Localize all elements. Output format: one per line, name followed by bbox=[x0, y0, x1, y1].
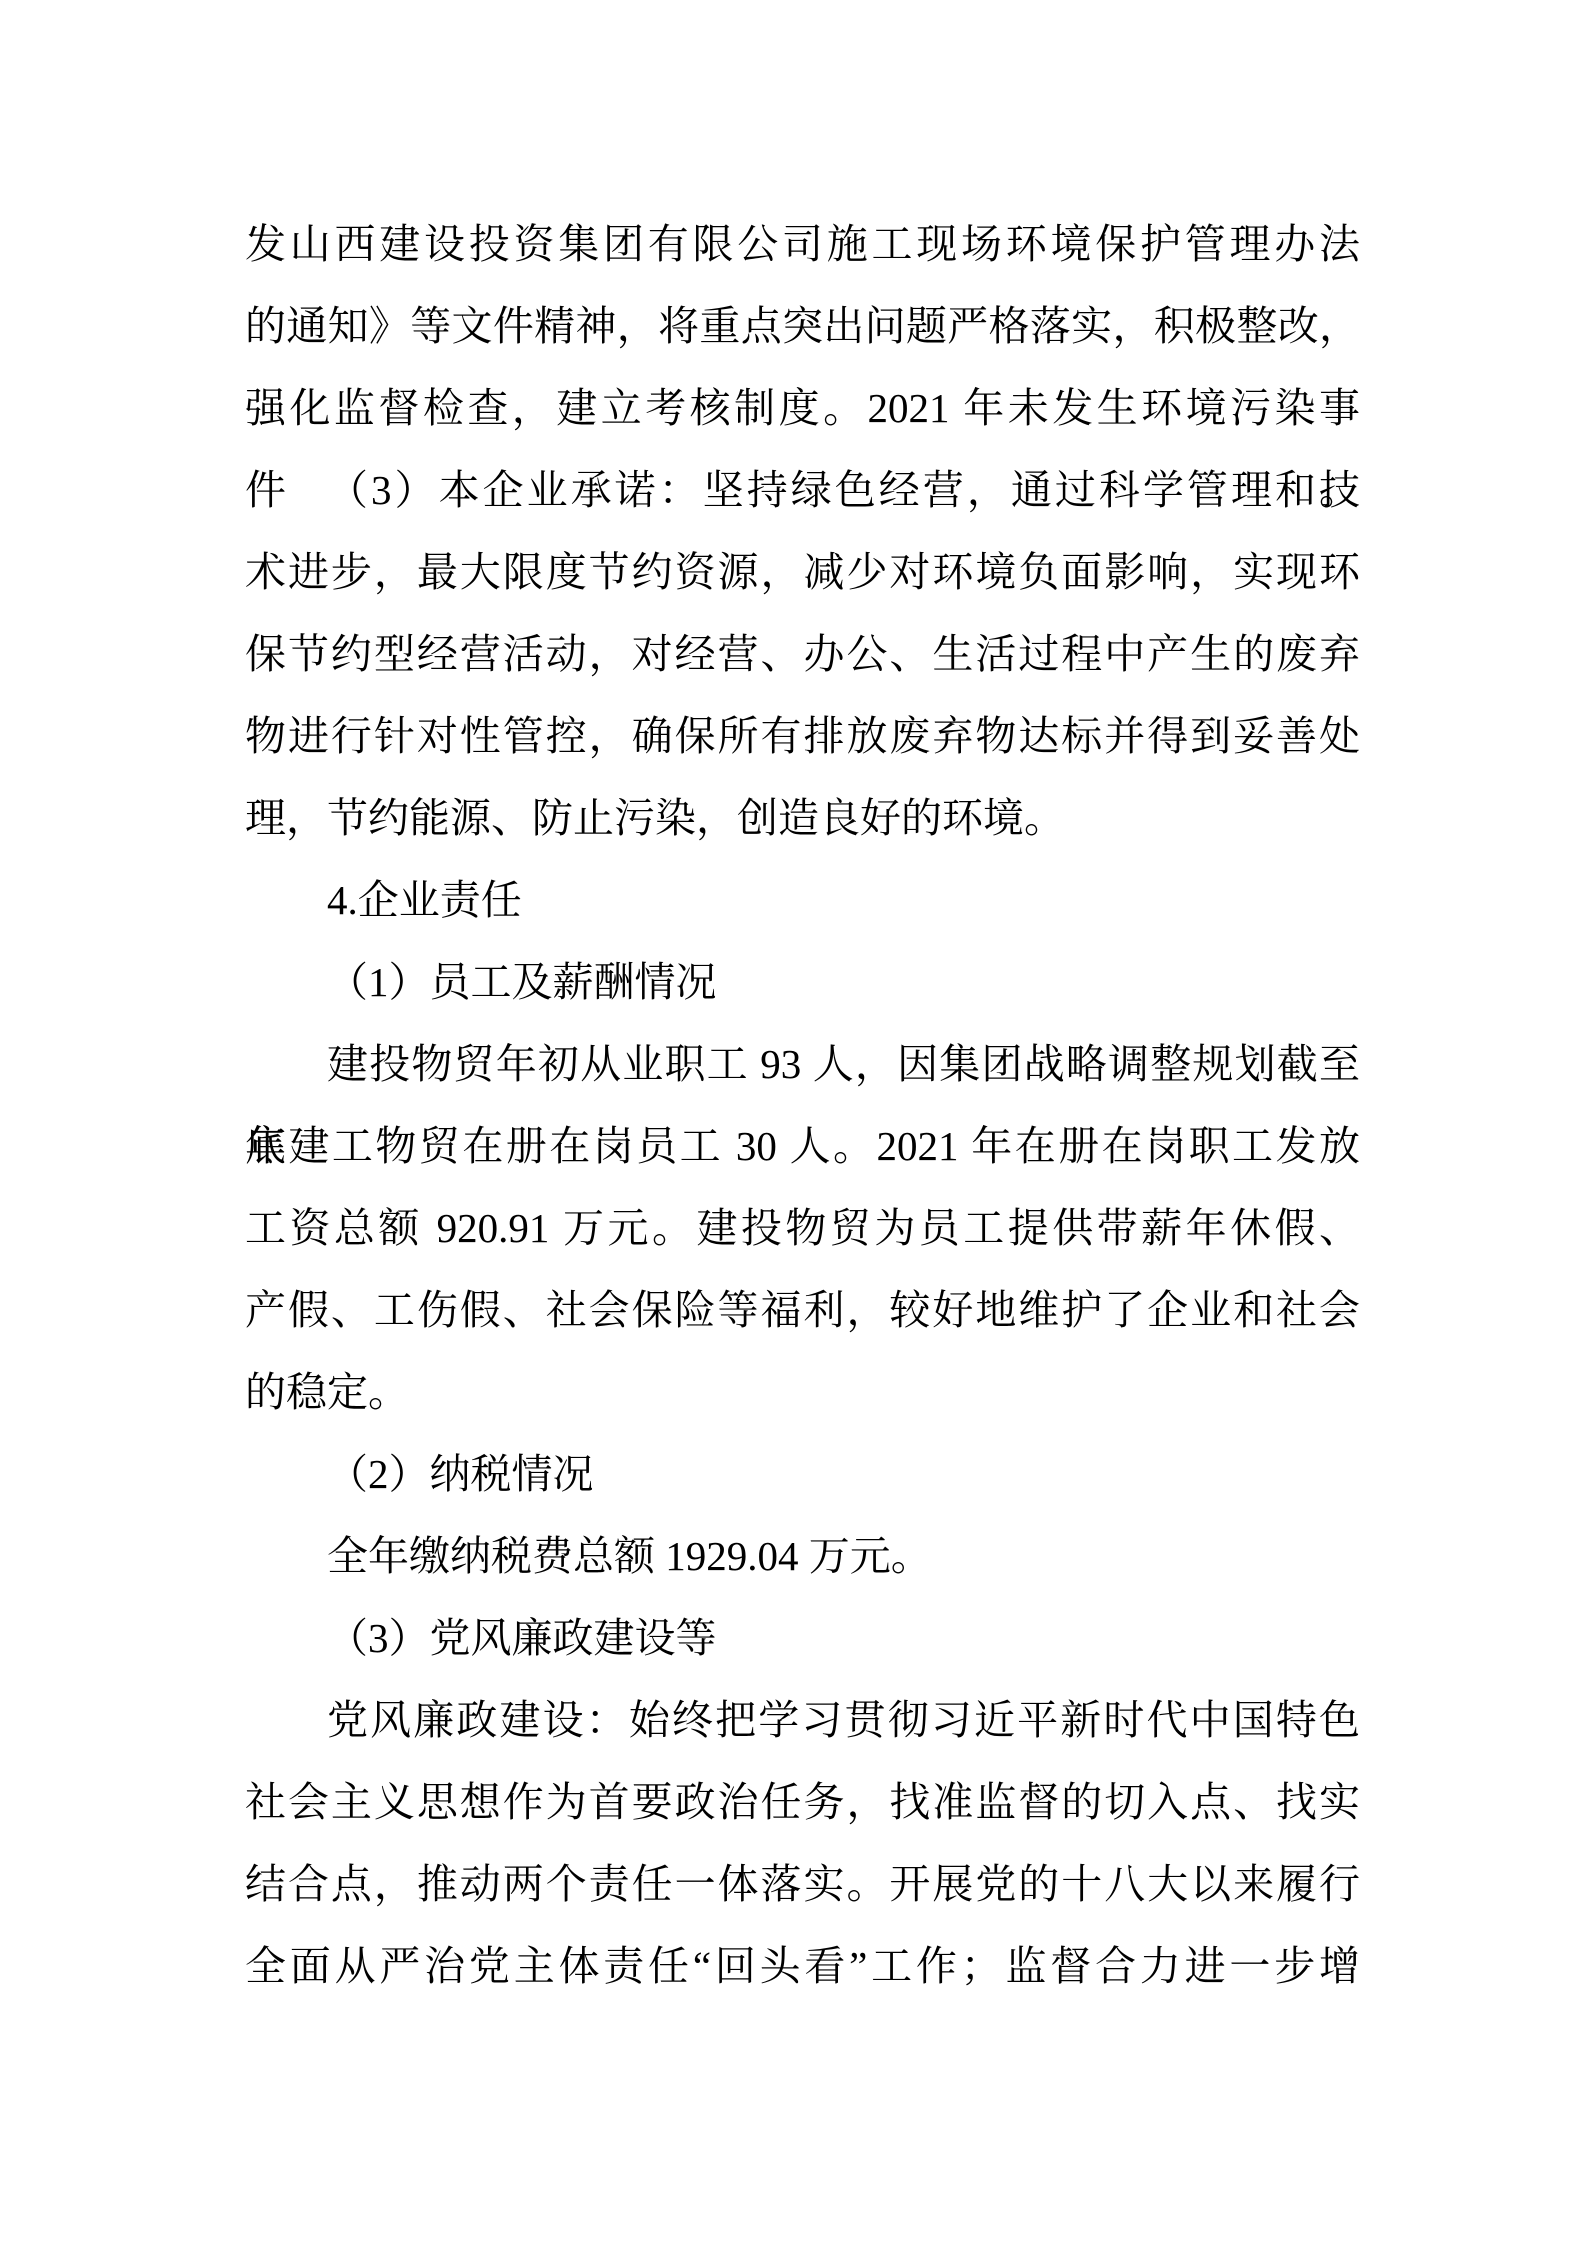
text-line: 产假、工伤假、社会保险等福利，较好地维护了企业和社会 bbox=[245, 1269, 1360, 1351]
text-line: 理，节约能源、防止污染，创造良好的环境。 bbox=[245, 777, 1360, 859]
text-line: 党风廉政建设：始终把学习贯彻习近平新时代中国特色 bbox=[245, 1679, 1360, 1761]
document-page: 发山西建设投资集团有限公司施工现场环境保护管理办法 的通知》等文件精神，将重点突… bbox=[0, 0, 1587, 2245]
text-line: 全面从严治党主体责任“回头看”工作；监督合力进一步增 bbox=[245, 1925, 1360, 2007]
text-line: 发山西建设投资集团有限公司施工现场环境保护管理办法 bbox=[245, 203, 1360, 285]
text-line: 术进步，最大限度节约资源，减少对环境负面影响，实现环 bbox=[245, 531, 1360, 613]
text-line: 社会主义思想作为首要政治任务，找准监督的切入点、找实 bbox=[245, 1761, 1360, 1843]
text-line: （1）员工及薪酬情况 bbox=[245, 941, 1360, 1023]
text-line: 底建工物贸在册在岗员工 30 人。2021 年在册在岗职工发放 bbox=[245, 1105, 1360, 1187]
text-line: 强化监督检查，建立考核制度。2021 年未发生环境污染事件。 bbox=[245, 367, 1360, 449]
text-line: 工资总额 920.91 万元。建投物贸为员工提供带薪年休假、 bbox=[245, 1187, 1360, 1269]
text-line: （3）本企业承诺：坚持绿色经营，通过科学管理和技 bbox=[245, 449, 1360, 531]
text-line: 的稳定。 bbox=[245, 1351, 1360, 1433]
text-line: （3）党风廉政建设等 bbox=[245, 1597, 1360, 1679]
text-line: （2）纳税情况 bbox=[245, 1433, 1360, 1515]
text-line: 4.企业责任 bbox=[245, 859, 1360, 941]
text-line: 结合点，推动两个责任一体落实。开展党的十八大以来履行 bbox=[245, 1843, 1360, 1925]
text-line: 建投物贸年初从业职工 93 人，因集团战略调整规划截至年 bbox=[245, 1023, 1360, 1105]
text-line: 物进行针对性管控，确保所有排放废弃物达标并得到妥善处 bbox=[245, 695, 1360, 777]
text-line: 保节约型经营活动，对经营、办公、生活过程中产生的废弃 bbox=[245, 613, 1360, 695]
text-line: 全年缴纳税费总额 1929.04 万元。 bbox=[245, 1515, 1360, 1597]
text-line: 的通知》等文件精神，将重点突出问题严格落实，积极整改， bbox=[245, 285, 1360, 367]
document-text-block: 发山西建设投资集团有限公司施工现场环境保护管理办法 的通知》等文件精神，将重点突… bbox=[245, 203, 1360, 2007]
